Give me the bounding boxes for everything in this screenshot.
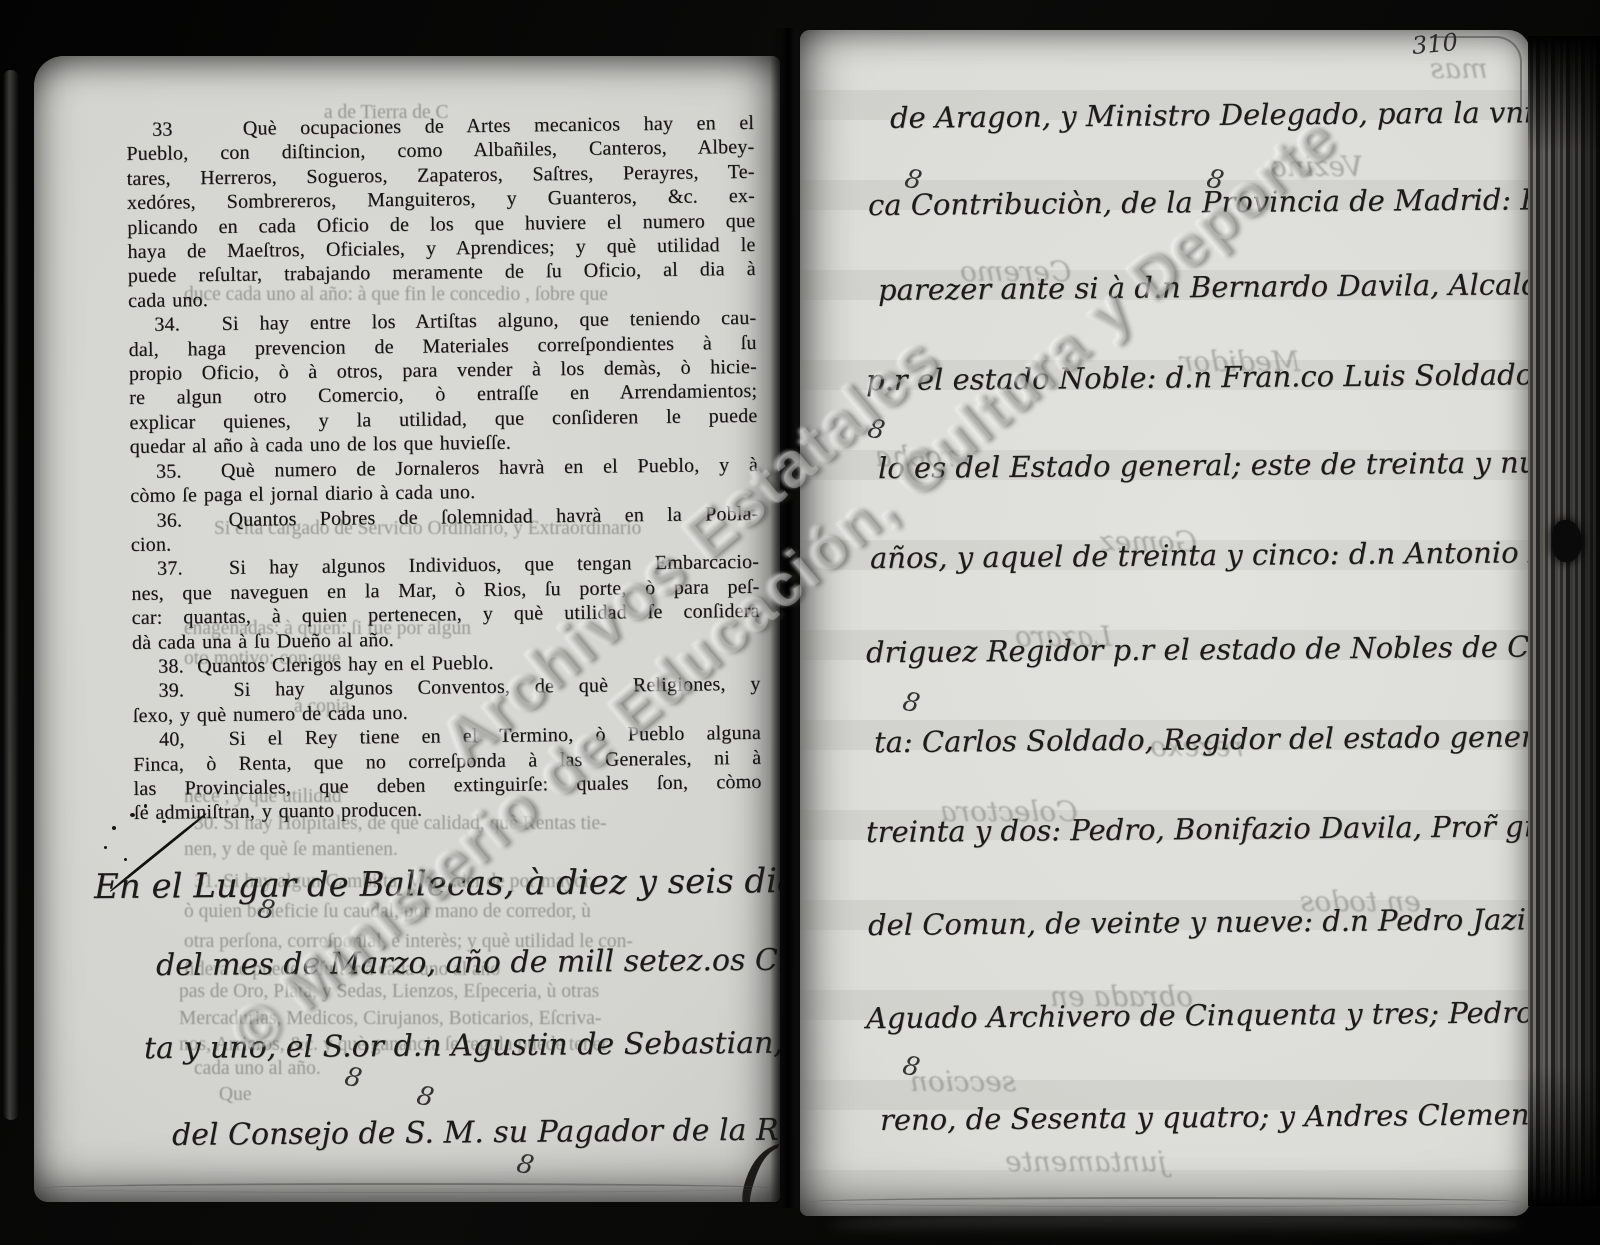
rubrica-flourish: 8: [514, 1149, 536, 1182]
page-corner-curl: [1430, 36, 1522, 108]
handwritten-line: En el Lugar de Ballecas, à diez y seis d…: [94, 861, 780, 907]
bleedthrough-fragment: seccion: [910, 1065, 1016, 1098]
bleedthrough-line: nen, y de què ſe mantienen.: [184, 839, 398, 861]
handwritten-line: parezer ante si à d.n Bernardo Davila, A…: [878, 267, 1530, 307]
book-page-edges: [1528, 36, 1600, 1206]
left-page-bottom-edge: [42, 1183, 772, 1193]
left-page: a de Tierra de Cduce cada uno al año: à …: [34, 56, 780, 1202]
bleedthrough-fragment: juntamente: [1005, 1145, 1167, 1178]
handwritten-line: treinta y dos: Pedro, Bonifazio Davila, …: [866, 809, 1530, 849]
bottom-shadow: [830, 1212, 1520, 1238]
handwritten-line: años, y aquel de treinta y cinco: d.n An…: [870, 535, 1530, 575]
ink-splatter-dot: [144, 804, 147, 808]
handwritten-line: p.r el estado Noble: d.n Fran.co Luis So…: [866, 357, 1530, 397]
ink-splatter-dot: [162, 820, 166, 823]
rubrica-flourish: 8: [414, 1081, 436, 1114]
handwritten-line: ta: Carlos Soldado, Regidor del estado g…: [874, 719, 1530, 759]
ink-splatter-dot: [130, 813, 135, 817]
ink-splatter-dot: [104, 846, 107, 849]
handwritten-line: del Comun, de veinte y nueve: d.n Pedro …: [868, 902, 1530, 942]
rubrica-flourish: 8: [900, 687, 922, 720]
bleedthrough-fragment: Vezino: [1270, 150, 1363, 183]
handwritten-line: del mes de Marzo, año de mill setez.os C…: [156, 942, 780, 983]
right-page-bottom-edge: [808, 1197, 1522, 1207]
bleedthrough-line: Mercadurias, Medicos, Cirujanos, Boticar…: [179, 1008, 601, 1030]
handwritten-line: del Consejo de S. M. su Pagador de la R.…: [172, 1112, 780, 1153]
left-book-edge: [3, 70, 19, 1120]
handwritten-line: ta y uno, el S.or d.n Agustin de Sebasti…: [144, 1025, 780, 1066]
handwritten-line: Aguado Archivero de Cinquenta y tres; Pe…: [866, 995, 1530, 1035]
printed-questionnaire: 33 Què ocupaciones de Artes mecanicos ha…: [126, 111, 762, 826]
handwritten-line: lo es del Estado general; este de treint…: [878, 445, 1530, 485]
right-page: 310 masVezinoCeremoMedidorrochaGomezLaza…: [800, 30, 1530, 1216]
handwritten-line: reno, de Sesenta y quatro; y Andres Clem…: [880, 1097, 1530, 1137]
ink-blot: [1552, 520, 1582, 562]
handwritten-line: ca Contribuciòn, de la Provincia de Madr…: [868, 182, 1530, 222]
ink-splatter-dot: [112, 826, 116, 830]
handwritten-line: driguez Regidor p.r el estado de Nobles …: [866, 629, 1530, 670]
bleedthrough-line: pas de Oro, Plata, y Sedas, Lienzos, Eſp…: [179, 981, 599, 1003]
ink-splatter-dot: [124, 858, 127, 861]
book-scan: a de Tierra de Cduce cada uno al año: à …: [0, 0, 1600, 1245]
bleedthrough-line: Que: [219, 1084, 252, 1106]
rubrica-flourish: 8: [342, 1062, 364, 1095]
